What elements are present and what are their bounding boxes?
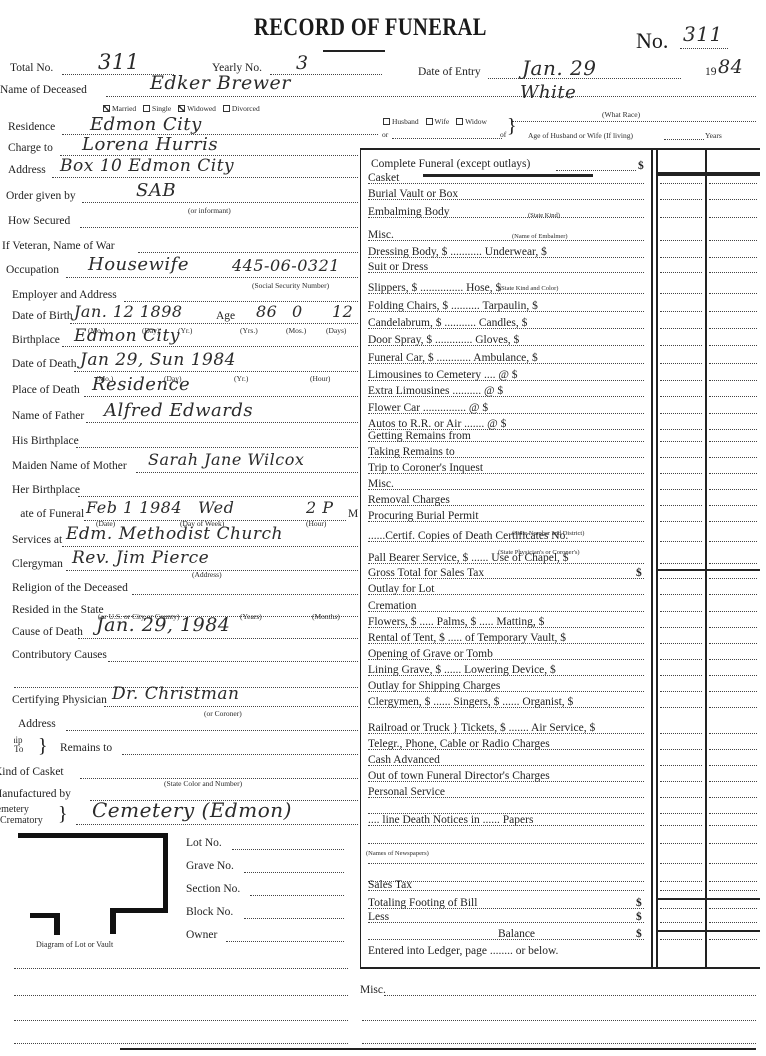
charge-amount-cell[interactable] (660, 733, 702, 734)
charge-amount-cell[interactable] (660, 413, 702, 414)
charge-amount-cell[interactable] (660, 578, 702, 579)
spouse-or: or (382, 130, 388, 139)
charge-amount-cell[interactable] (660, 240, 702, 241)
cemetery-label: CemeteryCrematory (0, 804, 54, 826)
charge-amount-cell[interactable] (709, 908, 757, 909)
grave-no-label: Grave No. (186, 860, 234, 872)
charge-amount-cell[interactable] (709, 240, 757, 241)
charge-amount-cell[interactable] (660, 328, 702, 329)
dob-field[interactable]: Jan. 12 1898 (74, 302, 183, 321)
charge-to-label: Charge to (8, 142, 53, 154)
charge-amount-cell[interactable] (709, 521, 757, 522)
ssn-hint: (Social Security Number) (252, 281, 329, 290)
spouse-age-unit: Years (705, 131, 722, 140)
wife-checkbox[interactable] (426, 118, 433, 125)
cause-field[interactable]: Jan. 29, 1984 (96, 614, 230, 636)
charge-amount-cell[interactable] (660, 939, 702, 940)
resided-label: Resided in the State (12, 604, 104, 616)
ssn-field[interactable]: 445-06-0321 (232, 256, 340, 275)
charge-amount-cell[interactable] (660, 311, 702, 312)
how-secured-label: How Secured (8, 215, 70, 227)
casket-hint: (State Color and Number) (164, 779, 242, 788)
name-of-deceased-field[interactable]: Edker Brewer (150, 72, 291, 94)
funeral-date-label: Date of Funeral (20, 508, 84, 520)
total-no-field[interactable]: 311 (98, 50, 140, 74)
charge-row-label: Entered into Ledger, page ........ or be… (368, 945, 558, 957)
clergyman-label: Clergyman (12, 558, 63, 570)
funeral-day-field[interactable]: Wed (198, 498, 234, 517)
dollar-sign: $ (636, 911, 642, 923)
charge-amount-cell[interactable] (709, 765, 757, 766)
yearly-no-field[interactable]: 3 (296, 52, 309, 74)
ship-brace: } (38, 736, 48, 756)
charge-amount-cell[interactable] (709, 473, 757, 474)
residence-label: Residence (8, 121, 55, 133)
record-number-value[interactable]: 311 (683, 22, 723, 46)
complete-funeral-label: Complete Funeral (except outlays) (371, 158, 530, 170)
father-field[interactable]: Alfred Edwards (104, 400, 253, 421)
charge-amount-cell[interactable] (709, 843, 757, 844)
charge-amount-cell[interactable] (709, 489, 757, 490)
charge-amount-cell[interactable] (660, 521, 702, 522)
charge-amount-cell[interactable] (709, 380, 757, 381)
charge-amount-cell[interactable] (660, 441, 702, 442)
charge-amount-cell[interactable] (709, 441, 757, 442)
charge-amount-cell[interactable] (709, 578, 757, 579)
cemetery-brace: } (58, 804, 68, 824)
manufactured-label: Manufactured by (0, 788, 86, 800)
funeral-hint-hour: (Hour) (306, 519, 326, 528)
charge-amount-cell[interactable] (660, 217, 702, 218)
charge-amount-cell[interactable] (660, 457, 702, 458)
document-title: RECORD OF FUNERAL (254, 14, 487, 42)
charge-amount-cell[interactable] (709, 643, 757, 644)
charge-to-field[interactable]: Lorena Hurris (82, 134, 218, 155)
birthplace-label: Birthplace (12, 334, 60, 346)
charge-amount-cell[interactable] (660, 825, 702, 826)
lot-no-label: Lot No. (186, 837, 222, 849)
charge-amount-cell[interactable] (709, 293, 757, 294)
lot-diagram-top (18, 833, 168, 838)
age-hint-days: (Days) (326, 326, 346, 335)
charge-amount-cell[interactable] (709, 659, 757, 660)
charge-amount-cell[interactable] (660, 749, 702, 750)
age-hint-yrs: (Yrs.) (240, 326, 258, 335)
charge-amount-cell[interactable] (660, 345, 702, 346)
residence-field[interactable]: Edmon City (90, 114, 202, 135)
charge-amount-cell[interactable] (660, 908, 702, 909)
father-birthplace-label: His Birthplace (12, 435, 79, 447)
mother-field[interactable]: Sarah Jane Wilcox (148, 450, 304, 469)
dod-hint-hour: (Hour) (310, 374, 330, 383)
dollar-sign: $ (636, 897, 642, 909)
charge-amount-cell[interactable] (709, 396, 757, 397)
charge-amount-cell[interactable] (660, 272, 702, 273)
date-of-entry-field[interactable]: Jan. 29 (522, 56, 597, 80)
charge-amount-cell[interactable] (709, 563, 757, 564)
services-label: Services at (12, 534, 62, 546)
hint-physician-coroner: (State Physician's or Coroner's) (498, 549, 580, 556)
diagram-caption: Diagram of Lot or Vault (36, 940, 113, 949)
lot-diagram-post-right (110, 908, 116, 934)
contributory-label: Contributory Causes (12, 649, 107, 661)
physician-hint: (or Coroner) (204, 709, 242, 718)
clergyman-field[interactable]: Rev. Jim Pierce (72, 548, 209, 568)
charge-amount-cell[interactable] (709, 781, 757, 782)
charge-amount-cell[interactable] (709, 311, 757, 312)
lot-diagram-right (163, 833, 168, 913)
charge-amount-cell[interactable] (660, 922, 702, 923)
race-field[interactable]: White (520, 82, 576, 103)
dollar-sign: $ (636, 567, 642, 579)
hint-kind-color: (State Kind and Color) (499, 285, 558, 292)
age-label: Age (216, 310, 235, 322)
place-of-death-label: Place of Death (12, 384, 80, 396)
age-months-field[interactable]: 0 (292, 302, 303, 321)
charge-amount-cell[interactable] (660, 675, 702, 676)
date-of-entry-label: Date of Entry (418, 66, 481, 78)
dollar-sign: $ (636, 928, 642, 940)
services-field[interactable]: Edm. Methodist Church (66, 524, 283, 544)
charge-amount-cell[interactable] (709, 257, 757, 258)
charge-amount-cell[interactable] (709, 922, 757, 923)
charge-amount-cell[interactable] (709, 890, 757, 891)
complete-funeral-dollar: $ (638, 160, 644, 172)
charge-amount-cell[interactable] (660, 257, 702, 258)
single-checkbox[interactable] (143, 105, 150, 112)
charge-amount-cell[interactable] (709, 813, 757, 814)
charge-amount-cell[interactable] (660, 707, 702, 708)
veteran-label: If Veteran, Name of War (2, 240, 115, 252)
charges-column-divider-2 (705, 148, 707, 968)
resided-hint-years: (Years) (240, 612, 262, 621)
race-hint: (What Race) (602, 110, 640, 119)
footer-misc-label: Misc. (360, 984, 386, 996)
employer-label: Employer and Address (12, 289, 117, 301)
charge-amount-cell[interactable] (660, 594, 702, 595)
funeral-hour-suffix: M (348, 508, 358, 520)
charge-amount-cell[interactable] (709, 691, 757, 692)
charge-amount-cell[interactable] (660, 563, 702, 564)
physician-label: Certifying Physician (12, 694, 107, 706)
charge-amount-cell[interactable] (660, 380, 702, 381)
charge-amount-cell[interactable] (709, 272, 757, 273)
charge-amount-cell[interactable] (709, 541, 757, 542)
hint-newspapers: (Names of Newspapers) (366, 850, 429, 857)
spouse-of: of (500, 130, 506, 139)
charge-amount-cell[interactable] (709, 505, 757, 506)
clergyman-hint: (Address) (192, 570, 222, 579)
charge-amount-cell[interactable] (660, 659, 702, 660)
charge-amount-cell[interactable] (709, 611, 757, 612)
mother-label: Maiden Name of Mother (12, 460, 127, 472)
charge-amount-cell[interactable] (660, 863, 702, 864)
father-label: Name of Father (12, 410, 84, 422)
charge-amount-cell[interactable] (660, 363, 702, 364)
dod-field[interactable]: Jan 29, Sun 1984 (80, 350, 236, 370)
hint-state-kind: (State Kind) (528, 212, 560, 219)
address-label: Address (8, 164, 46, 176)
spouse-brace: } (507, 116, 517, 136)
charge-amount-cell[interactable] (660, 611, 702, 612)
order-given-field[interactable]: SAB (136, 180, 176, 201)
remains-to-label: Remains to (60, 742, 112, 754)
year-prefix: 19 (705, 66, 717, 78)
funeral-hour-field[interactable]: 2 P (306, 498, 334, 517)
age-years-field[interactable]: 86 (256, 302, 277, 321)
charge-amount-cell[interactable] (660, 396, 702, 397)
widowed-checkbox[interactable] (178, 105, 185, 112)
charge-amount-cell[interactable] (660, 505, 702, 506)
charge-amount-cell[interactable] (709, 457, 757, 458)
ship-label: ShipTo (14, 736, 28, 754)
total-no-label: Total No. (10, 62, 53, 74)
charge-amount-cell[interactable] (709, 199, 757, 200)
charge-amount-cell[interactable] (660, 691, 702, 692)
lot-diagram-post-left (54, 913, 60, 935)
charge-amount-cell[interactable] (660, 473, 702, 474)
charge-amount-cell[interactable] (709, 594, 757, 595)
complete-funeral-rule (656, 172, 760, 176)
husband-checkbox[interactable] (383, 118, 390, 125)
year-field[interactable]: 84 (718, 56, 743, 78)
physician-field[interactable]: Dr. Christman (112, 684, 239, 704)
funeral-date-field[interactable]: Feb 1 1984 (86, 498, 182, 517)
charge-amount-cell[interactable] (660, 293, 702, 294)
charge-amount-cell[interactable] (660, 843, 702, 844)
charge-amount-cell[interactable] (709, 881, 757, 882)
charge-amount-cell[interactable] (709, 429, 757, 430)
charge-amount-cell[interactable] (660, 541, 702, 542)
charge-amount-cell[interactable] (709, 627, 757, 628)
occupation-label: Occupation (6, 264, 59, 276)
charge-amount-cell[interactable] (709, 217, 757, 218)
charge-amount-cell[interactable] (709, 363, 757, 364)
divorced-checkbox[interactable] (223, 105, 230, 112)
charge-amount-cell[interactable] (709, 797, 757, 798)
spouse-age-label: Age of Husband or Wife (If living) (528, 131, 633, 140)
charge-amount-cell[interactable] (709, 733, 757, 734)
owner-label: Owner (186, 929, 217, 941)
charge-amount-cell[interactable] (660, 813, 702, 814)
dob-label: Date of Birth (12, 310, 73, 322)
charge-amount-cell[interactable] (660, 881, 702, 882)
birthplace-field[interactable]: Edmon City (74, 326, 180, 346)
block-no-label: Block No. (186, 906, 233, 918)
charge-amount-cell[interactable] (709, 863, 757, 864)
charge-amount-cell[interactable] (660, 627, 702, 628)
physician-address-label: Address (18, 718, 56, 730)
dob-hint-yr: (Yr.) (178, 326, 192, 335)
dod-hint-yr: (Yr.) (234, 374, 248, 383)
hint-embalmer: (Name of Embalmer) (512, 233, 568, 240)
charge-amount-cell[interactable] (660, 890, 702, 891)
charge-amount-cell[interactable] (709, 345, 757, 346)
charge-amount-cell[interactable] (660, 797, 702, 798)
title-underline (323, 50, 385, 52)
married-checkbox[interactable] (103, 105, 110, 112)
section-no-label: Section No. (186, 883, 240, 895)
order-given-label: Order given by (6, 190, 76, 202)
name-of-deceased-label: Name of Deceased (0, 84, 87, 96)
age-hint-mos: (Mos.) (286, 326, 306, 335)
order-given-hint: (or informant) (188, 206, 231, 215)
widow-checkbox[interactable] (456, 118, 463, 125)
spouse-status-group: Husband Wife Widow (378, 117, 487, 126)
lot-diagram-bottom-right (110, 908, 168, 913)
charge-amount-cell[interactable] (709, 183, 757, 184)
place-of-death-field[interactable]: Residence (92, 374, 190, 395)
record-number-label: No. (636, 28, 668, 54)
address-field[interactable]: Box 10 Edmon City (60, 156, 234, 176)
mother-birthplace-label: Her Birthplace (12, 484, 80, 496)
resided-hint-months: (Months) (312, 612, 340, 621)
cause-label: Cause of Death (12, 626, 83, 638)
charge-amount-cell[interactable] (709, 749, 757, 750)
dod-label: Date of Death (12, 358, 77, 370)
charge-amount-cell[interactable] (709, 675, 757, 676)
charge-amount-cell[interactable] (660, 643, 702, 644)
charge-amount-cell[interactable] (709, 707, 757, 708)
charge-amount-cell[interactable] (660, 199, 702, 200)
occupation-field[interactable]: Housewife (88, 254, 189, 275)
charge-amount-cell[interactable] (660, 489, 702, 490)
hint-number-district: (State Number and District) (512, 530, 584, 537)
charge-amount-cell[interactable] (660, 765, 702, 766)
charge-amount-cell[interactable] (709, 413, 757, 414)
cemetery-field[interactable]: Cemetery (Edmon) (92, 798, 292, 822)
charges-column-divider-1 (656, 148, 658, 968)
charge-amount-cell[interactable] (709, 825, 757, 826)
marital-status-group: Married Single Widowed Divorced (98, 104, 260, 113)
casket-label: Kind of Casket (0, 766, 76, 778)
charge-amount-cell[interactable] (709, 939, 757, 940)
age-days-field[interactable]: 12 (332, 302, 353, 321)
religion-label: Religion of the Deceased (12, 582, 128, 594)
charge-amount-cell[interactable] (660, 183, 702, 184)
charge-amount-cell[interactable] (709, 328, 757, 329)
charge-amount-cell[interactable] (660, 781, 702, 782)
charge-amount-cell[interactable] (660, 429, 702, 430)
